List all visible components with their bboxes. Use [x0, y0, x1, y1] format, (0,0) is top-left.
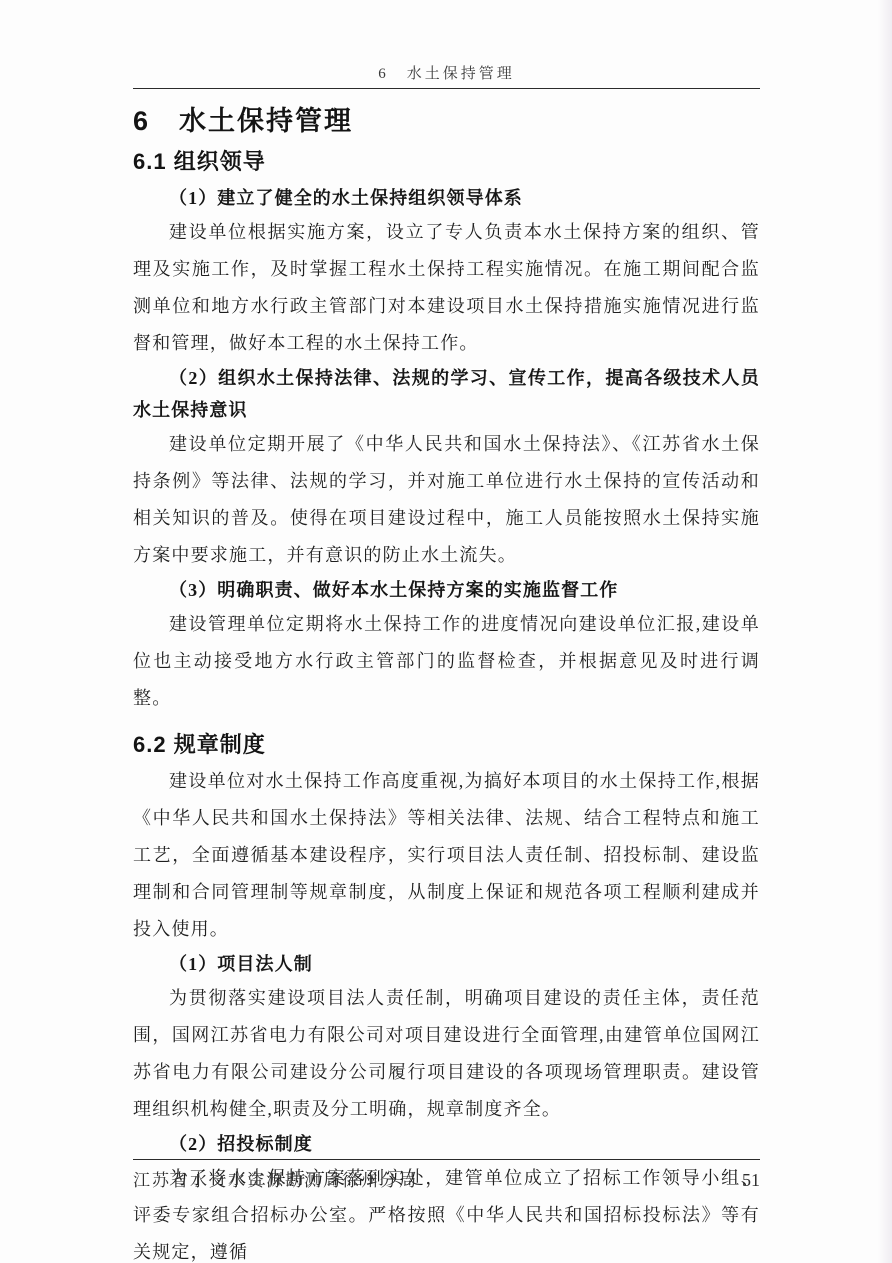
sub-heading-6-1-2: （2）组织水土保持法律、法规的学习、宣传工作，提高各级技术人员水土保持意识 — [133, 362, 760, 426]
paragraph-6-1-2: 建设单位定期开展了《中华人民共和国水土保持法》、《江苏省水土保持条例》等法律、法… — [133, 426, 760, 574]
document-page: 6 水土保持管理 6 水土保持管理 6.1 组织领导 （1）建立了健全的水土保持… — [0, 0, 892, 1263]
page-footer: 江苏省水文水资源勘测局徐州分局 51 — [133, 1159, 760, 1191]
section-heading-6-1: 6.1 组织领导 — [133, 148, 760, 176]
section-heading-6-2: 6.2 规章制度 — [133, 731, 760, 759]
running-header-title: 6 水土保持管理 — [378, 66, 515, 82]
footer-organization: 江苏省水文水资源勘测局徐州分局 — [133, 1166, 418, 1191]
running-header: 6 水土保持管理 — [133, 62, 760, 89]
sub-heading-6-1-1: （1）建立了健全的水土保持组织领导体系 — [133, 182, 760, 214]
chapter-title: 6 水土保持管理 — [133, 105, 760, 137]
scan-edge-shadow — [878, 0, 892, 1263]
page-content: 6 水土保持管理 6.1 组织领导 （1）建立了健全的水土保持组织领导体系 建设… — [133, 88, 760, 1263]
sub-heading-6-1-3: （3）明确职责、做好本水土保持方案的实施监督工作 — [133, 574, 760, 606]
sub-heading-6-2-1: （1）项目法人制 — [133, 948, 760, 980]
paragraph-6-2-intro: 建设单位对水土保持工作高度重视,为搞好本项目的水土保持工作,根据《中华人民共和国… — [133, 763, 760, 948]
paragraph-6-1-3: 建设管理单位定期将水土保持工作的进度情况向建设单位汇报,建设单位也主动接受地方水… — [133, 606, 760, 717]
paragraph-6-2-1: 为贯彻落实建设项目法人责任制，明确项目建设的责任主体，责任范围，国网江苏省电力有… — [133, 980, 760, 1128]
paragraph-6-1-1: 建设单位根据实施方案，设立了专人负责本水土保持方案的组织、管理及实施工作，及时掌… — [133, 214, 760, 362]
page-number: 51 — [742, 1170, 760, 1191]
sub-heading-6-2-2: （2）招投标制度 — [133, 1128, 760, 1160]
